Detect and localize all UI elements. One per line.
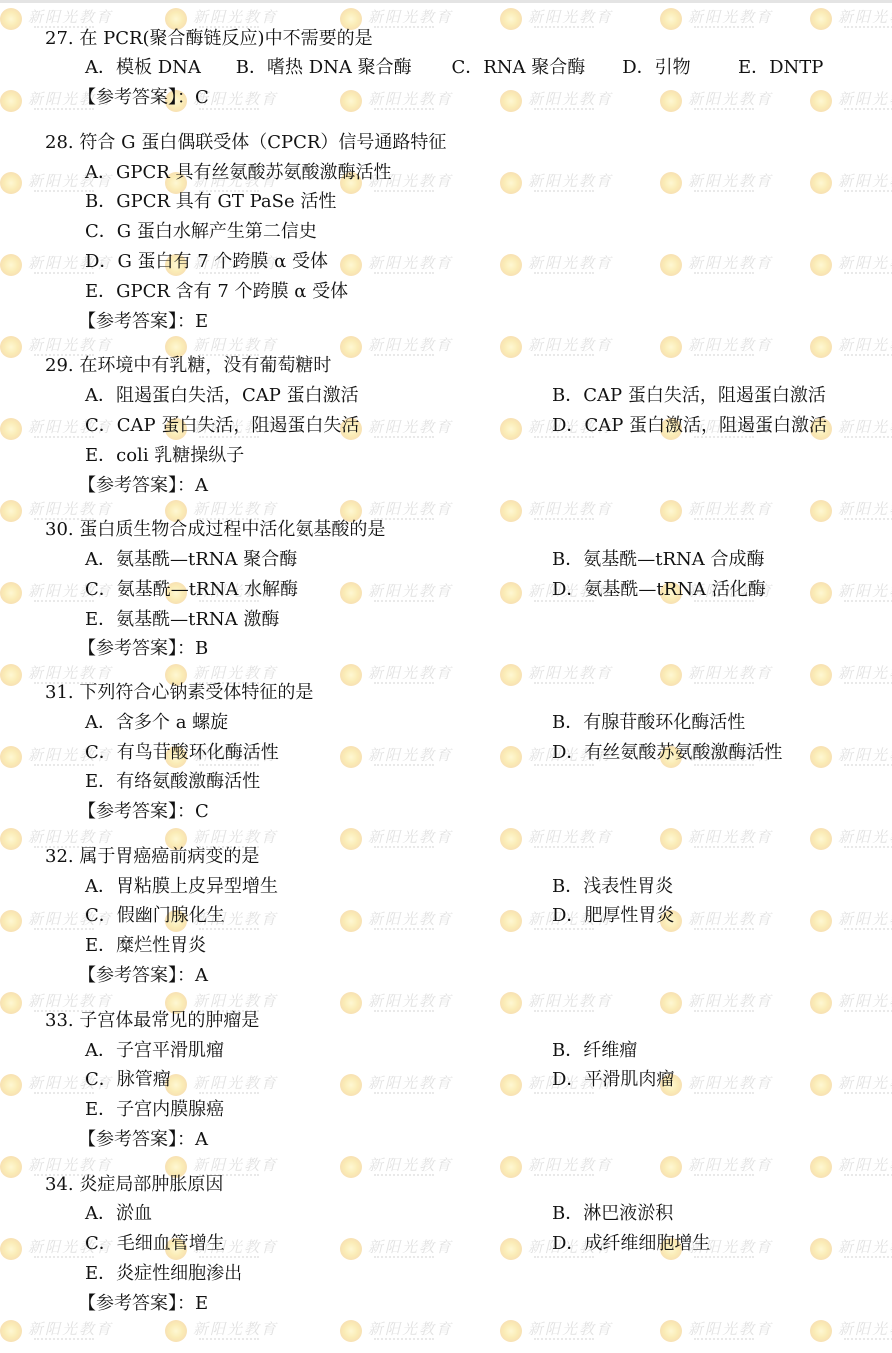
- watermark-subline: [694, 928, 754, 932]
- option-c: C．脉管瘤: [85, 1068, 171, 1092]
- sun-logo-icon: [340, 746, 362, 768]
- sun-logo-icon: [500, 664, 522, 686]
- watermark-subline: [34, 1338, 94, 1342]
- option-b: B．嗜热 DNA 聚合酶: [236, 56, 446, 80]
- watermark-logo: 新阳光教育: [340, 906, 460, 940]
- watermark-text: 新阳光教育: [368, 826, 453, 847]
- sun-logo-icon: [500, 828, 522, 850]
- sun-logo-icon: [500, 1320, 522, 1342]
- watermark-logo: 新阳光教育: [810, 496, 892, 530]
- sun-logo-icon: [660, 992, 682, 1014]
- sun-logo-icon: [810, 910, 832, 932]
- option-b: B．纤维瘤: [552, 1039, 637, 1063]
- sun-logo-icon: [0, 500, 22, 522]
- sun-logo-icon: [340, 1320, 362, 1342]
- watermark-text: 新阳光教育: [28, 1154, 113, 1175]
- watermark-subline: [844, 846, 892, 850]
- watermark-text: 新阳光教育: [193, 498, 278, 519]
- watermark-subline: [374, 272, 434, 276]
- option-b: B．浅表性胃炎: [552, 875, 673, 899]
- watermark-subline: [199, 928, 259, 932]
- watermark-subline: [534, 1174, 594, 1178]
- watermark-subline: [374, 26, 434, 30]
- sun-logo-icon: [500, 992, 522, 1014]
- sun-logo-icon: [660, 8, 682, 30]
- answer: 【参考答案】：B: [78, 637, 208, 661]
- watermark-text: 新阳光教育: [528, 990, 613, 1011]
- watermark-subline: [34, 928, 94, 932]
- watermark-subline: [694, 682, 754, 686]
- sun-logo-icon: [0, 8, 22, 30]
- watermark-subline: [374, 1092, 434, 1096]
- watermark-text: 新阳光教育: [838, 1318, 892, 1339]
- watermark-subline: [374, 764, 434, 768]
- option-a: A．GPCR 具有丝氨酸苏氨酸激酶活性: [85, 161, 392, 185]
- sun-logo-icon: [660, 664, 682, 686]
- watermark-logo: 新阳光教育: [810, 1070, 892, 1104]
- option-a: A．氨基酰—tRNA 聚合酶: [85, 548, 297, 572]
- option-e: E．DNTP: [738, 56, 823, 80]
- watermark-text: 新阳光教育: [193, 826, 278, 847]
- watermark-text: 新阳光教育: [838, 252, 892, 273]
- watermark-logo: 新阳光教育: [810, 824, 892, 858]
- watermark-text: 新阳光教育: [368, 252, 453, 273]
- watermark-subline: [374, 1174, 434, 1178]
- watermark-logo: 新阳光教育: [500, 1316, 620, 1350]
- option-e: E．GPCR 含有 7 个跨膜 α 受体: [85, 280, 348, 304]
- watermark-subline: [694, 1256, 754, 1260]
- watermark-subline: [844, 928, 892, 932]
- sun-logo-icon: [340, 254, 362, 276]
- watermark-text: 新阳光教育: [838, 580, 892, 601]
- watermark-text: 新阳光教育: [28, 498, 113, 519]
- watermark-subline: [694, 272, 754, 276]
- watermark-text: 新阳光教育: [28, 6, 113, 27]
- watermark-logo: 新阳光教育: [660, 496, 780, 530]
- sun-logo-icon: [500, 418, 522, 440]
- sun-logo-icon: [0, 90, 22, 112]
- watermark-logo: 新阳光教育: [500, 86, 620, 120]
- watermark-logo: 新阳光教育: [810, 578, 892, 612]
- watermark-logo: 新阳光教育: [340, 660, 460, 694]
- watermark-subline: [694, 1174, 754, 1178]
- watermark-text: 新阳光教育: [368, 662, 453, 683]
- watermark-text: 新阳光教育: [838, 1236, 892, 1257]
- sun-logo-icon: [660, 90, 682, 112]
- sun-logo-icon: [500, 746, 522, 768]
- watermark-subline: [34, 1256, 94, 1260]
- watermark-subline: [844, 436, 892, 440]
- watermark-text: 新阳光教育: [368, 744, 453, 765]
- sun-logo-icon: [500, 582, 522, 604]
- watermark-subline: [199, 1338, 259, 1342]
- sun-logo-icon: [810, 172, 832, 194]
- watermark-text: 新阳光教育: [368, 6, 453, 27]
- watermark-logo: 新阳光教育: [165, 1316, 285, 1350]
- option-d: D．有丝氨酸苏氨酸激酶活性: [552, 741, 782, 765]
- sun-logo-icon: [810, 828, 832, 850]
- watermark-text: 新阳光教育: [688, 252, 773, 273]
- watermark-text: 新阳光教育: [28, 990, 113, 1011]
- watermark-subline: [534, 518, 594, 522]
- watermark-text: 新阳光教育: [368, 580, 453, 601]
- sun-logo-icon: [340, 1238, 362, 1260]
- watermark-logo: 新阳光教育: [500, 660, 620, 694]
- watermark-subline: [534, 682, 594, 686]
- watermark-subline: [694, 518, 754, 522]
- sun-logo-icon: [660, 172, 682, 194]
- watermark-subline: [844, 354, 892, 358]
- watermark-subline: [534, 190, 594, 194]
- sun-logo-icon: [340, 1074, 362, 1096]
- watermark-subline: [534, 1256, 594, 1260]
- sun-logo-icon: [340, 664, 362, 686]
- watermark-logo: 新阳光教育: [810, 86, 892, 120]
- watermark-logo: 新阳光教育: [0, 1316, 120, 1350]
- sun-logo-icon: [810, 1156, 832, 1178]
- watermark-subline: [374, 108, 434, 112]
- sun-logo-icon: [810, 90, 832, 112]
- watermark-subline: [199, 1092, 259, 1096]
- watermark-text: 新阳光教育: [368, 1236, 453, 1257]
- watermark-text: 新阳光教育: [368, 990, 453, 1011]
- watermark-subline: [534, 1010, 594, 1014]
- watermark-text: 新阳光教育: [528, 1318, 613, 1339]
- watermark-text: 新阳光教育: [688, 334, 773, 355]
- watermark-text: 新阳光教育: [368, 88, 453, 109]
- watermark-logo: 新阳光教育: [340, 1234, 460, 1268]
- sun-logo-icon: [810, 992, 832, 1014]
- option-e: E．子宫内膜腺癌: [85, 1098, 224, 1122]
- sun-logo-icon: [500, 1238, 522, 1260]
- option-c: C．假幽门腺化生: [85, 904, 225, 928]
- option-c: C．毛细血管增生: [85, 1232, 225, 1256]
- sun-logo-icon: [500, 500, 522, 522]
- option-d: D．引物: [622, 56, 732, 80]
- watermark-text: 新阳光教育: [528, 252, 613, 273]
- watermark-text: 新阳光教育: [368, 1318, 453, 1339]
- watermark-subline: [534, 26, 594, 30]
- watermark-logo: 新阳光教育: [340, 742, 460, 776]
- watermark-subline: [844, 1010, 892, 1014]
- watermark-text: 新阳光教育: [368, 908, 453, 929]
- watermark-subline: [374, 190, 434, 194]
- answer: 【参考答案】：C: [78, 800, 209, 824]
- watermark-logo: 新阳光教育: [500, 824, 620, 858]
- watermark-text: 新阳光教育: [193, 6, 278, 27]
- watermark-logo: 新阳光教育: [500, 4, 620, 38]
- answer: 【参考答案】：A: [78, 964, 208, 988]
- sun-logo-icon: [660, 254, 682, 276]
- watermark-text: 新阳光教育: [838, 1072, 892, 1093]
- watermark-text: 新阳光教育: [838, 908, 892, 929]
- watermark-text: 新阳光教育: [528, 334, 613, 355]
- sun-logo-icon: [340, 910, 362, 932]
- watermark-text: 新阳光教育: [528, 6, 613, 27]
- watermark-text: 新阳光教育: [28, 334, 113, 355]
- watermark-text: 新阳光教育: [193, 662, 278, 683]
- watermark-logo: 新阳光教育: [660, 168, 780, 202]
- answer: 【参考答案】：A: [78, 1128, 208, 1152]
- option-c: C．G 蛋白水解产生第二信史: [85, 220, 317, 244]
- watermark-text: 新阳光教育: [838, 826, 892, 847]
- watermark-subline: [534, 354, 594, 358]
- question-stem: 27. 在 PCR(聚合酶链反应)中不需要的是: [45, 27, 373, 51]
- watermark-text: 新阳光教育: [688, 1318, 773, 1339]
- watermark-logo: 新阳光教育: [810, 250, 892, 284]
- option-e: E．有络氨酸激酶活性: [85, 770, 260, 794]
- watermark-subline: [844, 1092, 892, 1096]
- watermark-text: 新阳光教育: [838, 662, 892, 683]
- watermark-subline: [534, 272, 594, 276]
- watermark-text: 新阳光教育: [193, 1072, 278, 1093]
- option-d: D．平滑肌肉瘤: [552, 1068, 674, 1092]
- watermark-text: 新阳光教育: [838, 990, 892, 1011]
- sun-logo-icon: [165, 1320, 187, 1342]
- watermark-text: 新阳光教育: [193, 334, 278, 355]
- sun-logo-icon: [660, 500, 682, 522]
- watermark-subline: [844, 26, 892, 30]
- watermark-text: 新阳光教育: [528, 170, 613, 191]
- sun-logo-icon: [810, 1320, 832, 1342]
- watermark-text: 新阳光教育: [838, 88, 892, 109]
- sun-logo-icon: [340, 992, 362, 1014]
- question-stem: 29. 在环境中有乳糖，没有葡萄糖时: [45, 354, 331, 378]
- sun-logo-icon: [660, 828, 682, 850]
- watermark-subline: [534, 1338, 594, 1342]
- watermark-logo: 新阳光教育: [660, 824, 780, 858]
- watermark-subline: [534, 108, 594, 112]
- sun-logo-icon: [660, 1156, 682, 1178]
- watermark-logo: 新阳光教育: [340, 1070, 460, 1104]
- sun-logo-icon: [0, 1156, 22, 1178]
- question-stem: 31. 下列符合心钠素受体特征的是: [45, 681, 313, 705]
- option-b: B．氨基酰—tRNA 合成酶: [552, 548, 765, 572]
- watermark-subline: [694, 1338, 754, 1342]
- watermark-text: 新阳光教育: [838, 334, 892, 355]
- sun-logo-icon: [340, 90, 362, 112]
- watermark-logo: 新阳光教育: [810, 742, 892, 776]
- option-a: A．模板 DNA: [85, 56, 230, 80]
- option-a: A．胃粘膜上皮异型增生: [85, 875, 278, 899]
- sun-logo-icon: [340, 582, 362, 604]
- question-stem: 34. 炎症局部肿胀原因: [45, 1173, 223, 1197]
- watermark-subline: [374, 846, 434, 850]
- answer: 【参考答案】：A: [78, 474, 208, 498]
- watermark-logo: 新阳光教育: [340, 250, 460, 284]
- watermark-text: 新阳光教育: [28, 826, 113, 847]
- watermark-subline: [844, 518, 892, 522]
- watermark-subline: [694, 190, 754, 194]
- sun-logo-icon: [0, 336, 22, 358]
- watermark-text: 新阳光教育: [368, 1072, 453, 1093]
- option-c: C．RNA 聚合酶: [451, 56, 616, 80]
- watermark-subline: [694, 26, 754, 30]
- option-c: C．氨基酰—tRNA 水解酶: [85, 578, 298, 602]
- page-top-border: [0, 0, 892, 3]
- answer: 【参考答案】：C: [78, 86, 209, 110]
- watermark-text: 新阳光教育: [368, 1154, 453, 1175]
- watermark-logo: 新阳光教育: [500, 168, 620, 202]
- option-b: B．淋巴液淤积: [552, 1202, 673, 1226]
- watermark-logo: 新阳光教育: [340, 988, 460, 1022]
- watermark-logo: 新阳光教育: [660, 1316, 780, 1350]
- watermark-logo: 新阳光教育: [340, 1152, 460, 1186]
- option-a: A．子宫平滑肌瘤: [85, 1039, 224, 1063]
- sun-logo-icon: [0, 828, 22, 850]
- watermark-subline: [534, 846, 594, 850]
- sun-logo-icon: [0, 418, 22, 440]
- watermark-logo: 新阳光教育: [810, 1234, 892, 1268]
- sun-logo-icon: [810, 664, 832, 686]
- sun-logo-icon: [500, 910, 522, 932]
- option-b: B．CAP 蛋白失活，阻遏蛋白激活: [552, 384, 826, 408]
- watermark-text: 新阳光教育: [368, 498, 453, 519]
- watermark-text: 新阳光教育: [688, 826, 773, 847]
- watermark-subline: [844, 600, 892, 604]
- watermark-text: 新阳光教育: [838, 6, 892, 27]
- sun-logo-icon: [810, 582, 832, 604]
- sun-logo-icon: [500, 172, 522, 194]
- option-e: E．coli 乳糖操纵子: [85, 444, 244, 468]
- watermark-subline: [844, 764, 892, 768]
- watermark-subline: [374, 1338, 434, 1342]
- sun-logo-icon: [500, 8, 522, 30]
- watermark-logo: 新阳光教育: [810, 988, 892, 1022]
- answer: 【参考答案】：E: [78, 1292, 208, 1316]
- option-d: D．G 蛋白有 7 个跨膜 α 受体: [85, 250, 328, 274]
- watermark-logo: 新阳光教育: [810, 660, 892, 694]
- question-stem: 28. 符合 G 蛋白偶联受体（CPCR）信号通路特征: [45, 131, 446, 155]
- watermark-logo: 新阳光教育: [810, 168, 892, 202]
- watermark-subline: [34, 1092, 94, 1096]
- sun-logo-icon: [0, 254, 22, 276]
- watermark-text: 新阳光教育: [688, 6, 773, 27]
- answer: 【参考答案】：E: [78, 310, 208, 334]
- watermark-text: 新阳光教育: [688, 1154, 773, 1175]
- sun-logo-icon: [500, 90, 522, 112]
- watermark-subline: [694, 108, 754, 112]
- watermark-text: 新阳光教育: [688, 88, 773, 109]
- watermark-logo: 新阳光教育: [660, 4, 780, 38]
- option-c: C．CAP 蛋白失活，阻遏蛋白失活: [85, 414, 359, 438]
- option-d: D．氨基酰—tRNA 活化酶: [552, 578, 766, 602]
- watermark-subline: [844, 682, 892, 686]
- sun-logo-icon: [340, 336, 362, 358]
- watermark-subline: [374, 436, 434, 440]
- sun-logo-icon: [500, 254, 522, 276]
- option-c: C．有鸟苷酸环化酶活性: [85, 741, 279, 765]
- watermark-logo: 新阳光教育: [810, 1316, 892, 1350]
- watermark-text: 新阳光教育: [528, 88, 613, 109]
- option-b: B．有腺苷酸环化酶活性: [552, 711, 745, 735]
- watermark-logo: 新阳光教育: [500, 1152, 620, 1186]
- option-a: A．含多个 a 螺旋: [85, 711, 228, 735]
- option-e: E．糜烂性胃炎: [85, 934, 206, 958]
- watermark-text: 新阳光教育: [193, 1318, 278, 1339]
- watermark-text: 新阳光教育: [688, 1072, 773, 1093]
- watermark-subline: [844, 1256, 892, 1260]
- sun-logo-icon: [500, 1074, 522, 1096]
- watermark-text: 新阳光教育: [528, 498, 613, 519]
- sun-logo-icon: [810, 1238, 832, 1260]
- option-b: B．GPCR 具有 GT PaSe 活性: [85, 190, 336, 214]
- watermark-text: 新阳光教育: [28, 662, 113, 683]
- watermark-logo: 新阳光教育: [340, 332, 460, 366]
- option-d: D．肥厚性胃炎: [552, 904, 674, 928]
- watermark-subline: [844, 1338, 892, 1342]
- option-a: A．淤血: [85, 1202, 152, 1226]
- sun-logo-icon: [500, 336, 522, 358]
- watermark-logo: 新阳光教育: [500, 988, 620, 1022]
- watermark-logo: 新阳光教育: [660, 86, 780, 120]
- watermark-logo: 新阳光教育: [810, 1152, 892, 1186]
- sun-logo-icon: [0, 582, 22, 604]
- watermark-subline: [374, 682, 434, 686]
- watermark-logo: 新阳光教育: [660, 1070, 780, 1104]
- watermark-text: 新阳光教育: [688, 990, 773, 1011]
- option-e: E．炎症性细胞渗出: [85, 1262, 242, 1286]
- watermark-text: 新阳光教育: [193, 990, 278, 1011]
- watermark-subline: [374, 928, 434, 932]
- watermark-subline: [694, 1010, 754, 1014]
- watermark-text: 新阳光教育: [368, 334, 453, 355]
- watermark-subline: [374, 354, 434, 358]
- watermark-text: 新阳光教育: [688, 498, 773, 519]
- option-row: A．模板 DNA B．嗜热 DNA 聚合酶 C．RNA 聚合酶 D．引物 E．D…: [85, 56, 823, 80]
- watermark-logo: 新阳光教育: [810, 332, 892, 366]
- watermark-logo: 新阳光教育: [660, 1152, 780, 1186]
- watermark-text: 新阳光教育: [688, 170, 773, 191]
- watermark-text: 新阳光教育: [28, 1318, 113, 1339]
- watermark-subline: [844, 272, 892, 276]
- watermark-subline: [374, 1256, 434, 1260]
- question-stem: 33. 子宫体最常见的肿瘤是: [45, 1009, 259, 1033]
- watermark-logo: 新阳光教育: [660, 250, 780, 284]
- sun-logo-icon: [0, 746, 22, 768]
- sun-logo-icon: [0, 1320, 22, 1342]
- watermark-text: 新阳光教育: [368, 416, 453, 437]
- watermark-logo: 新阳光教育: [340, 86, 460, 120]
- sun-logo-icon: [0, 172, 22, 194]
- sun-logo-icon: [0, 992, 22, 1014]
- watermark-subline: [199, 1256, 259, 1260]
- watermark-logo: 新阳光教育: [500, 332, 620, 366]
- watermark-text: 新阳光教育: [838, 170, 892, 191]
- watermark-text: 新阳光教育: [838, 498, 892, 519]
- watermark-text: 新阳光教育: [528, 826, 613, 847]
- sun-logo-icon: [0, 910, 22, 932]
- sun-logo-icon: [500, 1156, 522, 1178]
- sun-logo-icon: [810, 336, 832, 358]
- sun-logo-icon: [810, 500, 832, 522]
- watermark-subline: [844, 1174, 892, 1178]
- watermark-logo: 新阳光教育: [810, 4, 892, 38]
- watermark-logo: 新阳光教育: [660, 988, 780, 1022]
- watermark-text: 新阳光教育: [193, 1154, 278, 1175]
- option-e: E．氨基酰—tRNA 激酶: [85, 608, 279, 632]
- option-a: A．阻遏蛋白失活，CAP 蛋白激活: [85, 384, 359, 408]
- sun-logo-icon: [660, 1320, 682, 1342]
- watermark-logo: 新阳光教育: [340, 824, 460, 858]
- watermark-logo: 新阳光教育: [340, 578, 460, 612]
- watermark-logo: 新阳光教育: [500, 250, 620, 284]
- sun-logo-icon: [810, 1074, 832, 1096]
- watermark-logo: 新阳光教育: [660, 332, 780, 366]
- watermark-subline: [844, 108, 892, 112]
- watermark-subline: [694, 846, 754, 850]
- watermark-logo: 新阳光教育: [500, 496, 620, 530]
